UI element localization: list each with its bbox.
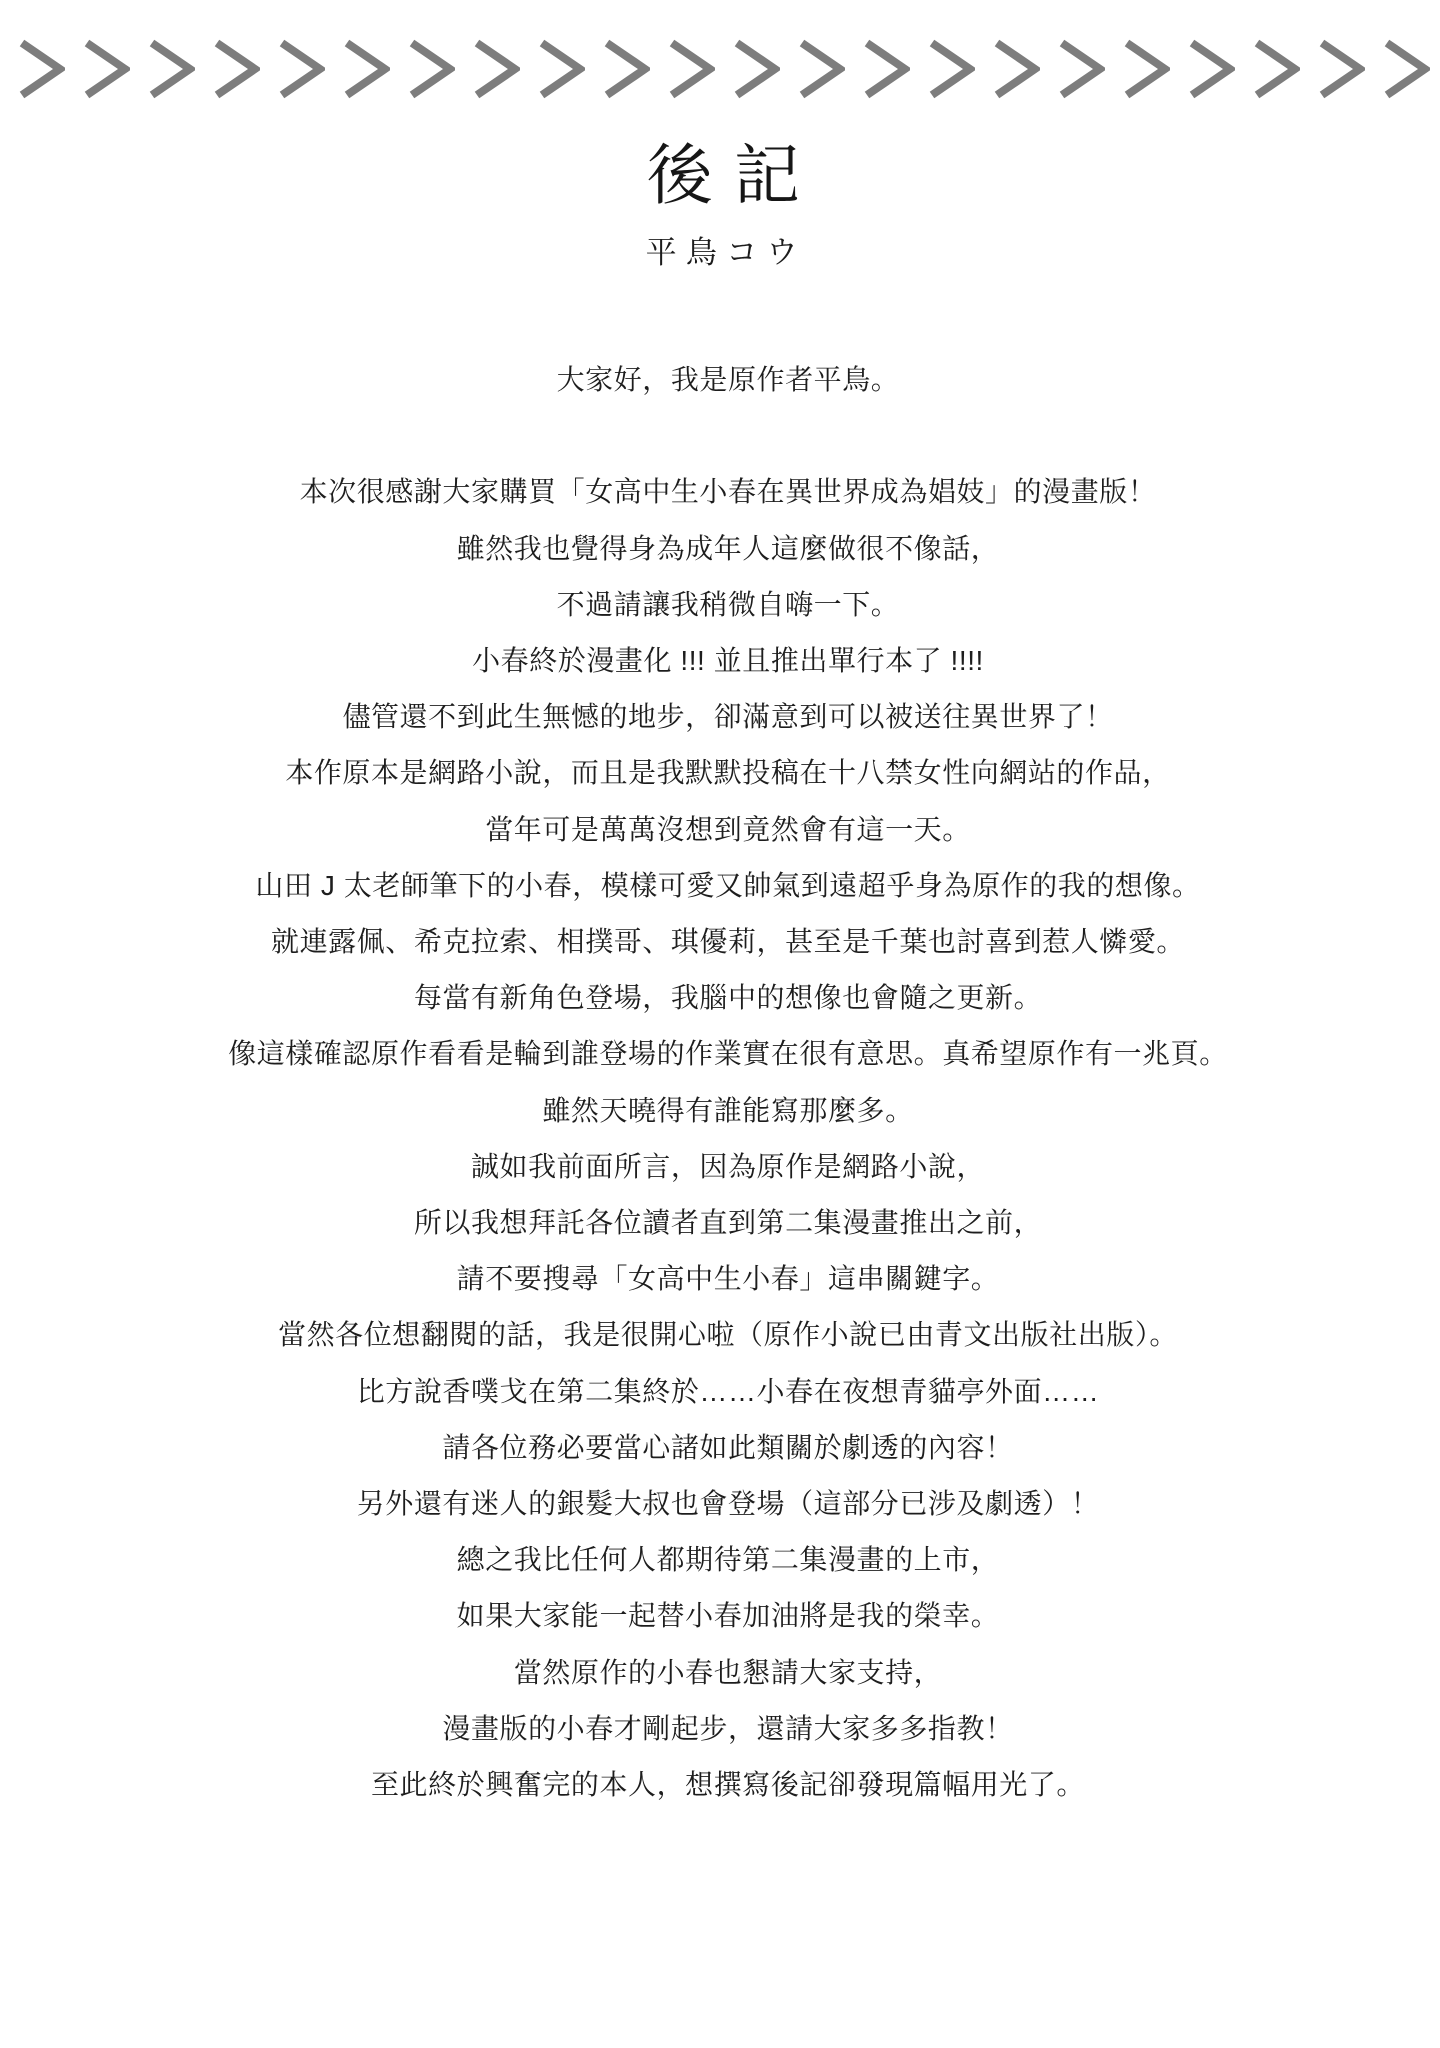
afterword-line: 至此終於興奮完的本人，想撰寫後記卻發現篇幅用光了。 [16,1757,1440,1813]
chevron-right-icon [1187,39,1235,99]
afterword-line: 每當有新角色登場，我腦中的想像也會隨之更新。 [16,970,1440,1026]
afterword-line: 就連露佩、希克拉索、相撲哥、琪優莉，甚至是千葉也討喜到惹人憐愛。 [16,914,1440,970]
chevron-right-icon [862,39,910,99]
chevron-right-icon [342,39,390,99]
chevron-right-icon [992,39,1040,99]
chevron-right-icon [1317,39,1365,99]
afterword-line: 如果大家能一起替小春加油將是我的榮幸。 [16,1588,1440,1644]
afterword-line: 所以我想拜託各位讀者直到第二集漫畫推出之前， [16,1195,1440,1251]
chevron-divider [0,38,1440,100]
afterword-line: 本次很感謝大家購買「女高中生小春在異世界成為娼妓」的漫畫版！ [16,464,1440,520]
afterword-line: 不過請讓我稍微自嗨一下。 [16,577,1440,633]
afterword-greeting: 大家好，我是原作者平鳥。 [16,352,1440,408]
chevron-right-icon [732,39,780,99]
chevron-right-icon [1122,39,1170,99]
afterword-line: 比方說香噗戈在第二集終於……小春在夜想青貓亭外面…… [16,1364,1440,1420]
afterword-line: 請各位務必要當心諸如此類關於劇透的內容！ [16,1420,1440,1476]
chevron-right-icon [17,39,65,99]
chevron-right-icon [602,39,650,99]
chevron-right-icon [472,39,520,99]
afterword-paragraph: 本次很感謝大家購買「女高中生小春在異世界成為娼妓」的漫畫版！雖然我也覺得身為成年… [16,464,1440,1813]
afterword-line: 總之我比任何人都期待第二集漫畫的上市， [16,1532,1440,1588]
author-name: 平鳥コウ [0,237,1440,270]
chevron-right-icon [82,39,130,99]
paragraph-spacer [16,408,1440,464]
chevron-right-icon [277,39,325,99]
afterword-line: 山田 J 太老師筆下的小春，模樣可愛又帥氣到遠超乎身為原作的我的想像。 [16,858,1440,914]
afterword-line: 當然原作的小春也懇請大家支持， [16,1645,1440,1701]
afterword-line: 儘管還不到此生無憾的地步，卻滿意到可以被送往異世界了！ [16,689,1440,745]
chevron-right-icon [1382,39,1430,99]
afterword-line: 雖然我也覺得身為成年人這麼做很不像話， [16,521,1440,577]
afterword-line: 像這樣確認原作看看是輪到誰登場的作業實在很有意思。真希望原作有一兆頁。 [16,1026,1440,1082]
afterword-page: 後記 平鳥コウ 大家好，我是原作者平鳥。 本次很感謝大家購買「女高中生小春在異世… [0,0,1440,2048]
chevron-right-icon [1057,39,1105,99]
chevron-right-icon [927,39,975,99]
afterword-line: 當然各位想翻閱的話，我是很開心啦（原作小說已由青文出版社出版）。 [16,1307,1440,1363]
afterword-line: 當年可是萬萬沒想到竟然會有這一天。 [16,802,1440,858]
afterword-line: 小春終於漫畫化 !!! 並且推出單行本了 !!!! [16,633,1440,689]
afterword-line: 請不要搜尋「女高中生小春」這串關鍵字。 [16,1251,1440,1307]
afterword-line: 本作原本是網路小說，而且是我默默投稿在十八禁女性向網站的作品， [16,745,1440,801]
afterword-line: 雖然天曉得有誰能寫那麼多。 [16,1083,1440,1139]
chevron-right-icon [797,39,845,99]
chevron-right-icon [212,39,260,99]
chevron-right-icon [537,39,585,99]
chevron-right-icon [1252,39,1300,99]
chevron-right-icon [667,39,715,99]
chevron-right-icon [407,39,455,99]
afterword-line: 另外還有迷人的銀髮大叔也會登場（這部分已涉及劇透）！ [16,1476,1440,1532]
afterword-line: 誠如我前面所言，因為原作是網路小說， [16,1139,1440,1195]
chevron-right-icon [147,39,195,99]
afterword-text: 大家好，我是原作者平鳥。 本次很感謝大家購買「女高中生小春在異世界成為娼妓」的漫… [0,352,1440,1813]
page-title: 後記 [0,140,1440,211]
afterword-line: 漫畫版的小春才剛起步，還請大家多多指教！ [16,1701,1440,1757]
